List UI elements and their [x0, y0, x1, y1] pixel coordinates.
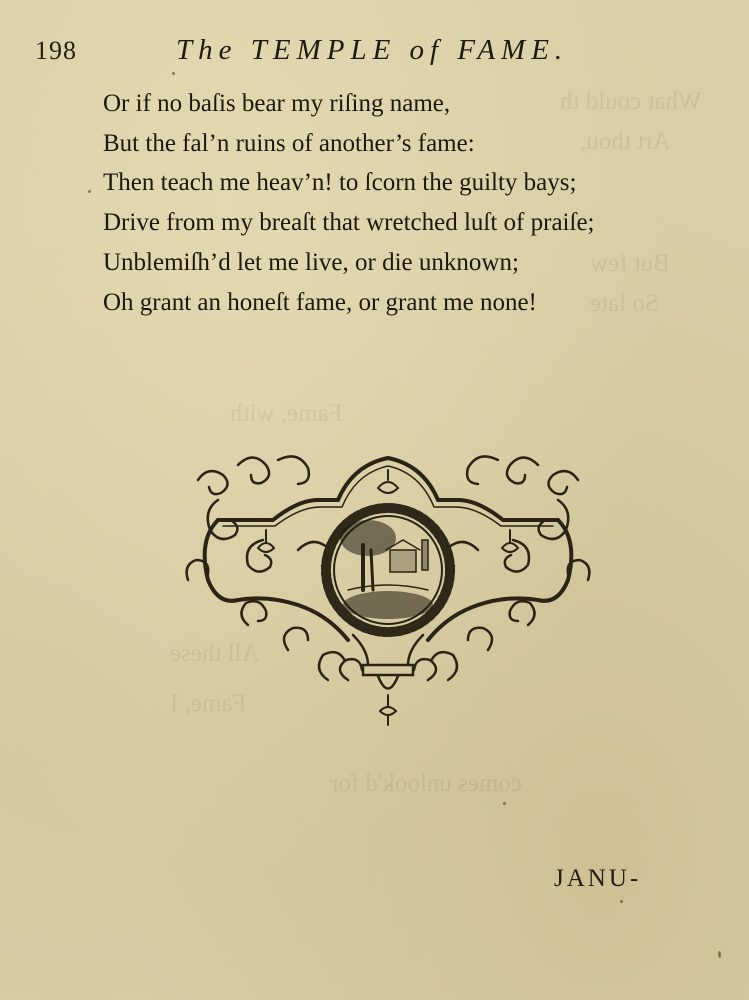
tailpiece-ornament-icon — [178, 440, 598, 730]
paper-speck — [172, 72, 175, 75]
paper-speck — [718, 951, 721, 958]
verse-line: Unblemiſh’d let me live, or die unknown; — [103, 243, 683, 283]
verse-line: Or if no baſis bear my riſing name, — [103, 84, 683, 124]
paper-speck — [620, 900, 623, 903]
book-page: What could th Art thou, But few So late … — [0, 0, 749, 1000]
verse-line: Then teach me heav’n! to ſcorn the guilt… — [103, 163, 683, 203]
verse-line: Drive from my breaſt that wretched luſt … — [103, 203, 683, 243]
page-number: 198 — [35, 36, 77, 66]
paper-speck — [503, 802, 506, 805]
running-head: 198 The TEMPLE of FAME. — [0, 34, 749, 74]
show-through-text: Fame, with — [230, 400, 343, 428]
paper-speck — [88, 190, 91, 193]
catchword: JANU- — [554, 865, 641, 893]
verse-line: But the fal’n ruins of another’s fame: — [103, 124, 683, 164]
running-title: The TEMPLE of FAME. — [176, 34, 568, 67]
show-through-text: comes unlook'd for — [330, 770, 522, 798]
verse-block: Or if no baſis bear my riſing name, But … — [103, 84, 683, 322]
verse-line: Oh grant an honeſt fame, or grant me non… — [103, 283, 683, 323]
